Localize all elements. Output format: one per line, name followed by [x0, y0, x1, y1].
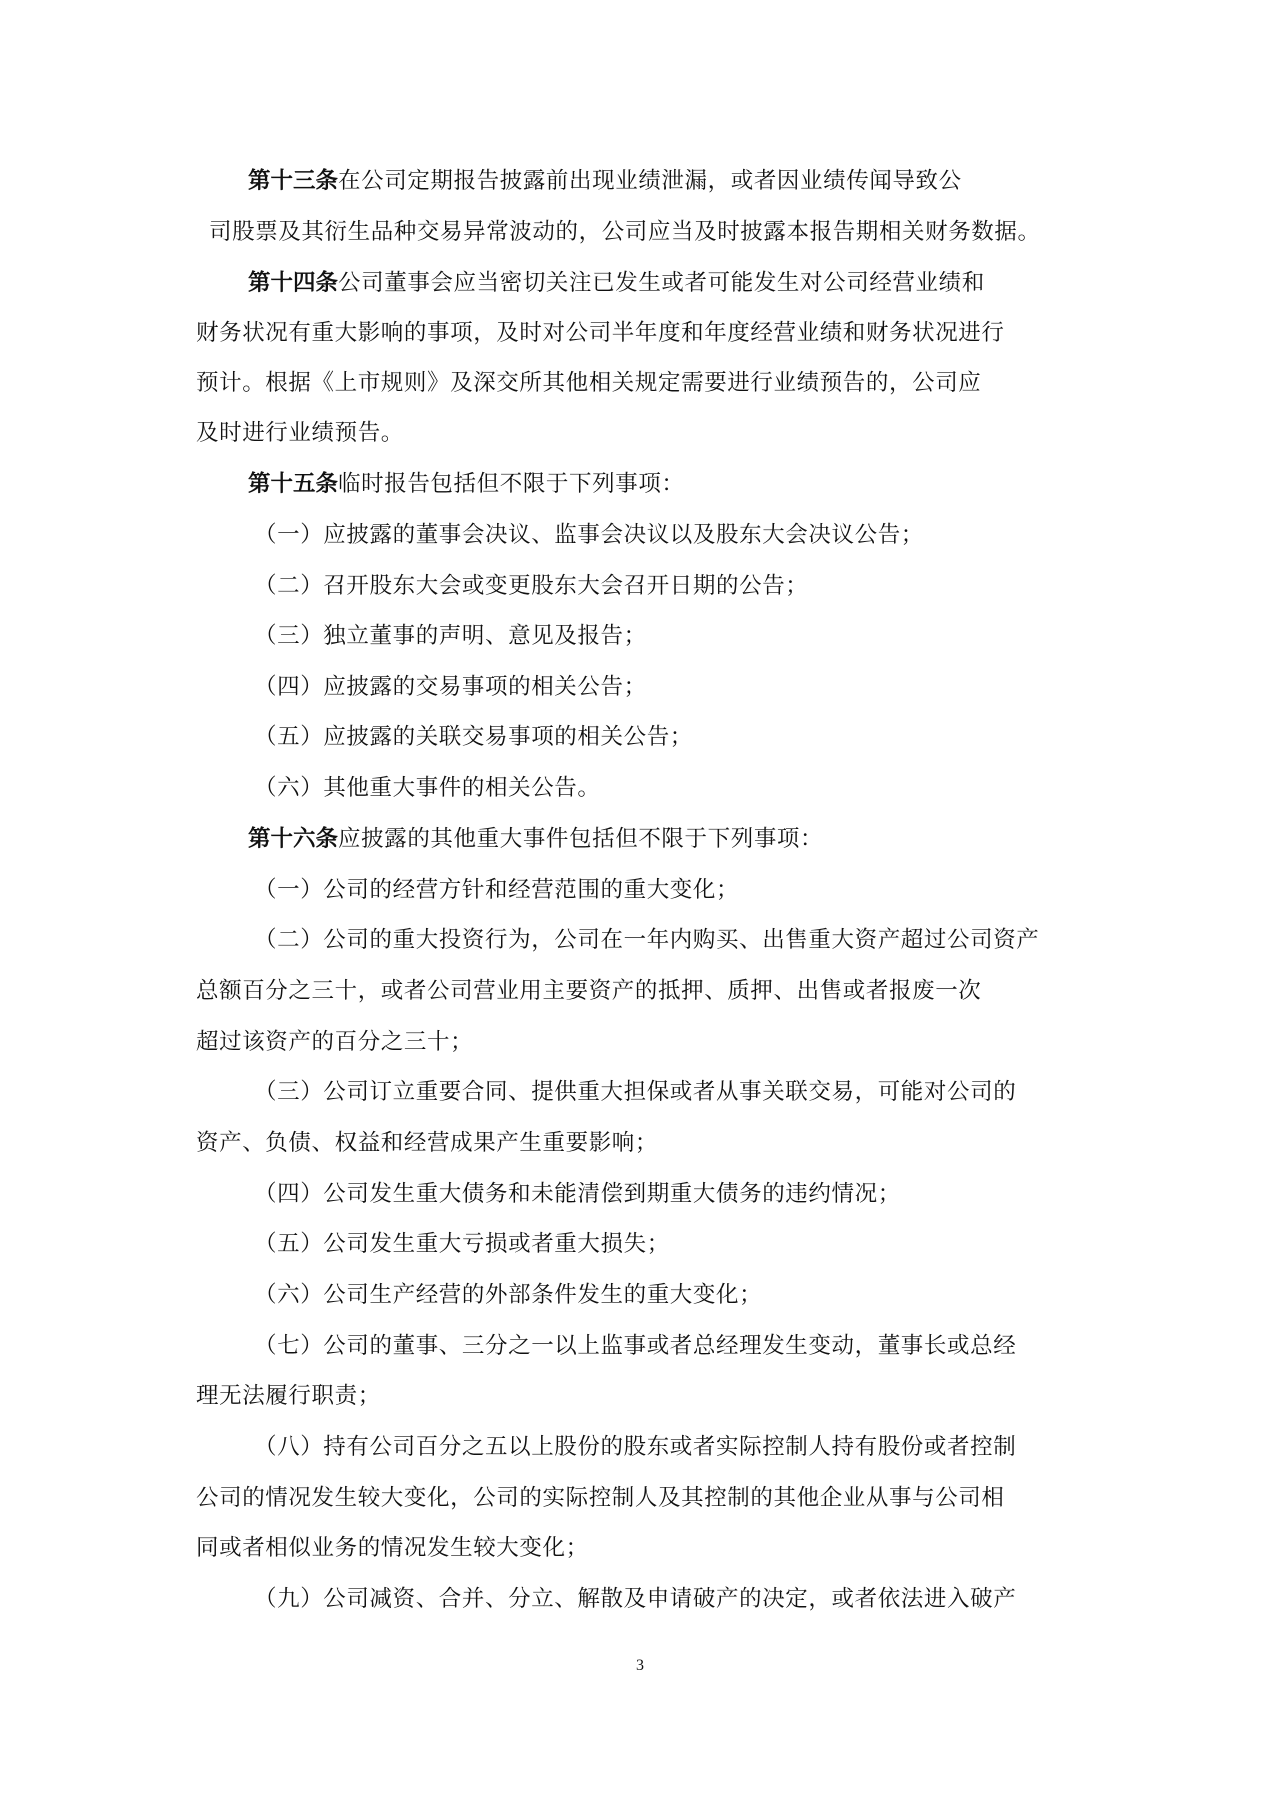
- text-line: （三）独立董事的声明、意见及报告；: [254, 621, 647, 651]
- text-line: 总额百分之三十，或者公司营业用主要资产的抵押、质押、出售或者报废一次: [196, 976, 981, 1006]
- text-line: 第十四条公司董事会应当密切关注已发生或者可能发生对公司经营业绩和: [248, 268, 985, 298]
- text-line: （五）应披露的关联交易事项的相关公告；: [254, 722, 693, 752]
- line-text: （二）召开股东大会或变更股东大会召开日期的公告；: [254, 573, 808, 599]
- line-text: （三）公司订立重要合同、提供重大担保或者从事关联交易，可能对公司的: [254, 1079, 1016, 1105]
- line-text: 预计。根据《上市规则》及深交所其他相关规定需要进行业绩预告的，公司应: [196, 370, 981, 396]
- text-line: （一）应披露的董事会决议、监事会决议以及股东大会决议公告；: [254, 520, 924, 550]
- line-text: （一）公司的经营方针和经营范围的重大变化；: [254, 877, 739, 903]
- text-line: （四）应披露的交易事项的相关公告；: [254, 672, 647, 702]
- line-text: 理无法履行职责；: [196, 1383, 381, 1409]
- article-heading: 第十四条: [248, 270, 338, 296]
- text-line: （二）召开股东大会或变更股东大会召开日期的公告；: [254, 571, 808, 601]
- text-line: 同或者相似业务的情况发生较大变化；: [196, 1533, 589, 1563]
- line-text: 同或者相似业务的情况发生较大变化；: [196, 1535, 589, 1561]
- line-text: （六）其他重大事件的相关公告。: [254, 775, 601, 801]
- text-line: 司股票及其衍生品种交易异常波动的，公司应当及时披露本报告期相关财务数据。: [209, 217, 1041, 247]
- article-heading: 第十三条: [248, 168, 338, 194]
- text-line: 财务状况有重大影响的事项，及时对公司半年度和年度经营业绩和财务状况进行: [196, 318, 1005, 348]
- text-line: （五）公司发生重大亏损或者重大损失；: [254, 1229, 670, 1259]
- text-line: 预计。根据《上市规则》及深交所其他相关规定需要进行业绩预告的，公司应: [196, 368, 981, 398]
- line-text: 财务状况有重大影响的事项，及时对公司半年度和年度经营业绩和财务状况进行: [196, 320, 1005, 346]
- article-heading: 第十六条: [248, 826, 338, 852]
- text-line: （九）公司减资、合并、分立、解散及申请破产的决定，或者依法进入破产: [254, 1584, 1016, 1614]
- line-text: 公司董事会应当密切关注已发生或者可能发生对公司经营业绩和: [338, 270, 985, 296]
- line-text: 应披露的其他重大事件包括但不限于下列事项：: [338, 826, 823, 852]
- text-line: （一）公司的经营方针和经营范围的重大变化；: [254, 875, 739, 905]
- line-text: （三）独立董事的声明、意见及报告；: [254, 623, 647, 649]
- line-text: 总额百分之三十，或者公司营业用主要资产的抵押、质押、出售或者报废一次: [196, 978, 981, 1004]
- text-line: 第十六条应披露的其他重大事件包括但不限于下列事项：: [248, 824, 823, 854]
- article-heading: 第十五条: [248, 471, 338, 497]
- line-text: 在公司定期报告披露前出现业绩泄漏，或者因业绩传闻导致公: [338, 168, 962, 194]
- text-line: 理无法履行职责；: [196, 1381, 381, 1411]
- line-text: （七）公司的董事、三分之一以上监事或者总经理发生变动，董事长或总经: [254, 1333, 1016, 1359]
- text-line: （六）其他重大事件的相关公告。: [254, 773, 601, 803]
- line-text: （九）公司减资、合并、分立、解散及申请破产的决定，或者依法进入破产: [254, 1586, 1016, 1612]
- line-text: （五）公司发生重大亏损或者重大损失；: [254, 1231, 670, 1257]
- line-text: （五）应披露的关联交易事项的相关公告；: [254, 724, 693, 750]
- text-line: 及时进行业绩预告。: [196, 418, 404, 448]
- line-text: 司股票及其衍生品种交易异常波动的，公司应当及时披露本报告期相关财务数据。: [209, 219, 1041, 245]
- line-text: （四）公司发生重大债务和未能清偿到期重大债务的违约情况；: [254, 1181, 901, 1207]
- text-line: （三）公司订立重要合同、提供重大担保或者从事关联交易，可能对公司的: [254, 1077, 1016, 1107]
- line-text: 资产、负债、权益和经营成果产生重要影响；: [196, 1130, 658, 1156]
- line-text: （六）公司生产经营的外部条件发生的重大变化；: [254, 1282, 762, 1308]
- line-text: 超过该资产的百分之三十；: [196, 1029, 473, 1055]
- text-line: （六）公司生产经营的外部条件发生的重大变化；: [254, 1280, 762, 1310]
- line-text: （一）应披露的董事会决议、监事会决议以及股东大会决议公告；: [254, 522, 924, 548]
- text-line: （四）公司发生重大债务和未能清偿到期重大债务的违约情况；: [254, 1179, 901, 1209]
- line-text: （八）持有公司百分之五以上股份的股东或者实际控制人持有股份或者控制: [254, 1434, 1016, 1460]
- text-line: （二）公司的重大投资行为，公司在一年内购买、出售重大资产超过公司资产: [254, 925, 1039, 955]
- line-text: 临时报告包括但不限于下列事项：: [338, 471, 685, 497]
- text-line: 第十五条临时报告包括但不限于下列事项：: [248, 469, 685, 499]
- page-number: 3: [0, 1657, 1280, 1675]
- line-text: 公司的情况发生较大变化，公司的实际控制人及其控制的其他企业从事与公司相: [196, 1485, 1005, 1511]
- text-line: （八）持有公司百分之五以上股份的股东或者实际控制人持有股份或者控制: [254, 1432, 1016, 1462]
- line-text: （二）公司的重大投资行为，公司在一年内购买、出售重大资产超过公司资产: [254, 927, 1039, 953]
- line-text: （四）应披露的交易事项的相关公告；: [254, 674, 647, 700]
- text-line: 资产、负债、权益和经营成果产生重要影响；: [196, 1128, 658, 1158]
- text-line: 超过该资产的百分之三十；: [196, 1027, 473, 1057]
- text-line: 第十三条在公司定期报告披露前出现业绩泄漏，或者因业绩传闻导致公: [248, 166, 962, 196]
- text-line: （七）公司的董事、三分之一以上监事或者总经理发生变动，董事长或总经: [254, 1331, 1016, 1361]
- document-page: 第十三条在公司定期报告披露前出现业绩泄漏，或者因业绩传闻导致公司股票及其衍生品种…: [0, 0, 1280, 1811]
- line-text: 及时进行业绩预告。: [196, 420, 404, 446]
- text-line: 公司的情况发生较大变化，公司的实际控制人及其控制的其他企业从事与公司相: [196, 1483, 1005, 1513]
